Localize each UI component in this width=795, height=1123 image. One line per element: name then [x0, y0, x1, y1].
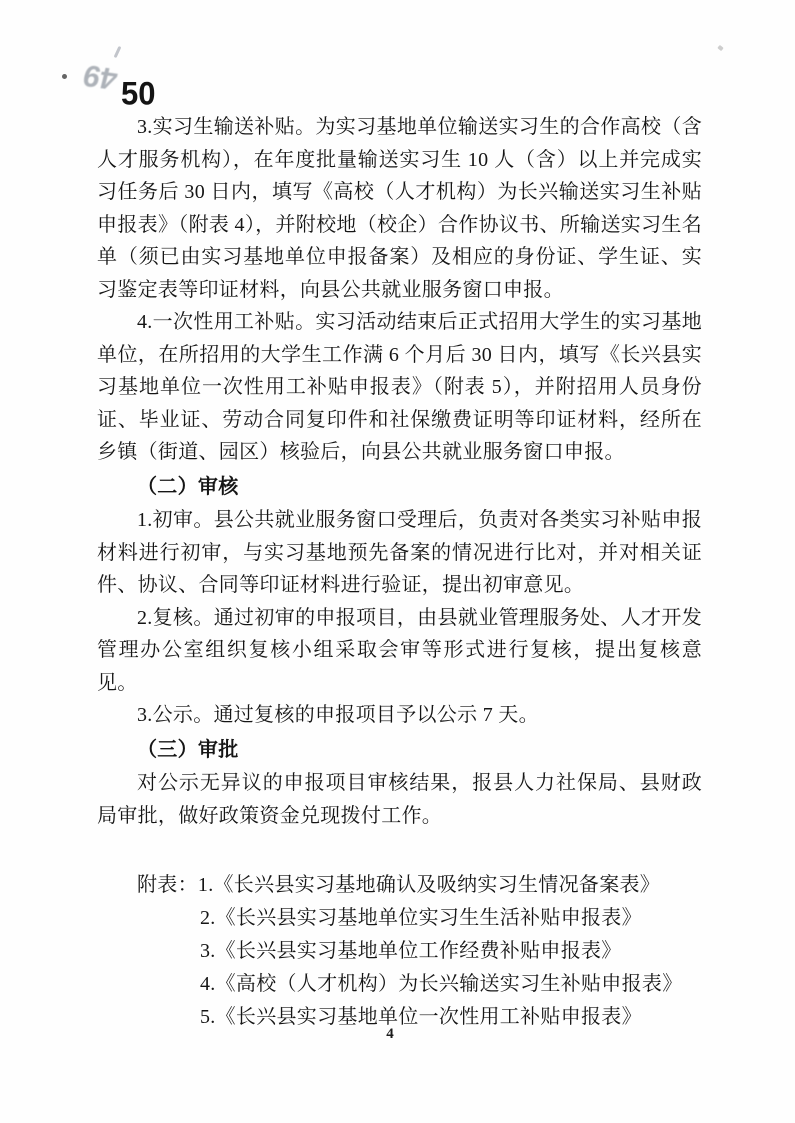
heading-approval: （三）审批: [97, 734, 702, 767]
heading-review: （二）审核: [97, 471, 702, 504]
attachments-label: 附表：: [137, 869, 198, 902]
attachment-item-1: 附表：1.《长兴县实习基地确认及吸纳实习生情况备案表》: [97, 869, 702, 902]
scanned-document-page: 49 50 3.实习生输送补贴。为实习基地单位输送实习生的合作高校（含人才服务机…: [0, 0, 795, 1123]
attachment-title-3: 3.《长兴县实习基地单位工作经费补贴申报表》: [200, 940, 622, 962]
attachment-title-5: 5.《长兴县实习基地单位一次性用工补贴申报表》: [200, 1006, 642, 1028]
paragraph-initial-review: 1.初审。县公共就业服务窗口受理后，负责对各类实习补贴申报材料进行初审，与实习基…: [97, 504, 702, 602]
paragraph-onetime-employment-subsidy: 4.一次性用工补贴。实习活动结束后正式招用大学生的实习基地单位，在所招用的大学生…: [97, 306, 702, 469]
attachments-list: 附表：1.《长兴县实习基地确认及吸纳实习生情况备案表》 2.《长兴县实习基地单位…: [97, 869, 702, 1034]
page-stamp-number: 50: [121, 75, 155, 113]
attachment-item-2: 2.《长兴县实习基地单位实习生生活补贴申报表》: [97, 902, 702, 935]
attachment-item-4: 4.《高校（人才机构）为长兴输送实习生补贴申报表》: [97, 968, 702, 1001]
attachment-title-1: 1.《长兴县实习基地确认及吸纳实习生情况备案表》: [198, 874, 660, 896]
paragraph-transport-subsidy: 3.实习生输送补贴。为实习基地单位输送实习生的合作高校（含人才服务机构），在年度…: [97, 111, 702, 306]
attachment-title-2: 2.《长兴县实习基地单位实习生生活补贴申报表》: [200, 907, 642, 929]
stray-ink-dot: [62, 74, 67, 79]
attachment-item-3: 3.《长兴县实习基地单位工作经费补贴申报表》: [97, 935, 702, 968]
scan-speck: [717, 45, 723, 51]
attachment-title-4: 4.《高校（人才机构）为长兴输送实习生补贴申报表》: [200, 973, 683, 995]
paragraph-recheck: 2.复核。通过初审的申报项目，由县就业管理服务处、人才开发管理办公室组织复核小组…: [97, 602, 702, 700]
paragraph-final-approval: 对公示无异议的申报项目审核结果，报县人力社保局、县财政局审批，做好政策资金兑现拨…: [97, 767, 702, 832]
paragraph-publicity: 3.公示。通过复核的申报项目予以公示 7 天。: [97, 699, 702, 732]
footer-page-number: 4: [0, 1026, 780, 1043]
document-body: 3.实习生输送补贴。为实习基地单位输送实习生的合作高校（含人才服务机构），在年度…: [97, 111, 702, 1034]
